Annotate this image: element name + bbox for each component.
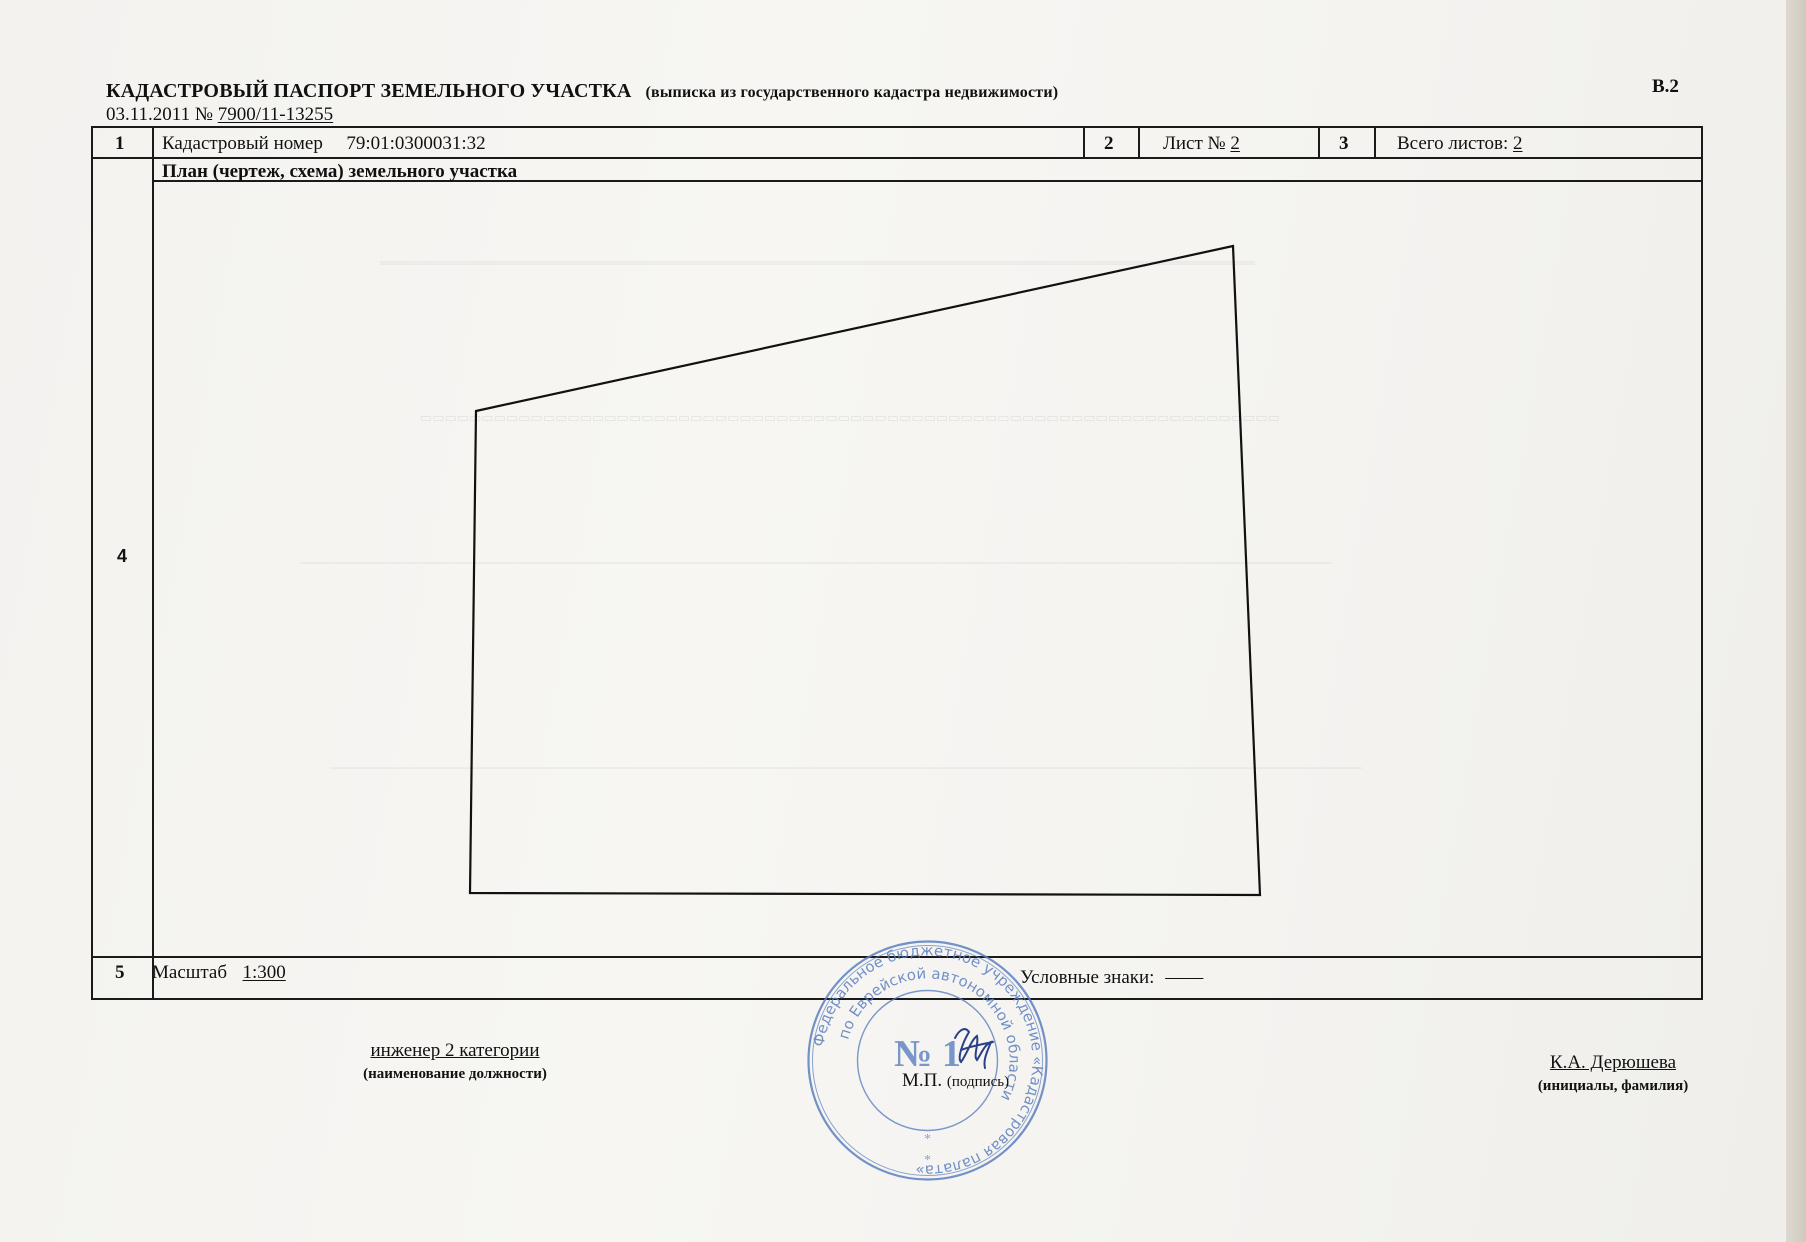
name-caption: (инициалы, фамилия) — [1518, 1078, 1708, 1095]
name-signature-block: К.А. Дерюшева (инициалы, фамилия) — [1518, 1052, 1708, 1095]
stamp-star-icon: * — [924, 1153, 931, 1168]
signer-name: К.А. Дерюшева — [1518, 1052, 1708, 1074]
scale-label: Масштаб — [152, 962, 227, 983]
scale-value: 1:300 — [243, 962, 286, 983]
position-value: инженер 2 категории — [340, 1040, 570, 1062]
position-signature-block: инженер 2 категории (наименование должно… — [340, 1040, 570, 1083]
stamp-center-number: № 1 — [894, 1033, 961, 1075]
position-caption: (наименование должности) — [340, 1066, 570, 1083]
stamp-place-label: М.П. — [902, 1070, 942, 1091]
stamp-place-caption: М.П. (подпись) — [902, 1070, 1009, 1092]
stamp-star-icon: * — [924, 1132, 931, 1147]
legend-line-symbol: —— — [1165, 967, 1203, 988]
signature-caption: (подпись) — [947, 1074, 1009, 1090]
scale-field: Масштаб 1:300 — [152, 962, 286, 984]
official-stamp: Федеральное бюджетное учреждение «Кадаст… — [805, 938, 1050, 1183]
land-plot-boundary — [470, 246, 1260, 895]
row5-index: 5 — [115, 962, 125, 984]
